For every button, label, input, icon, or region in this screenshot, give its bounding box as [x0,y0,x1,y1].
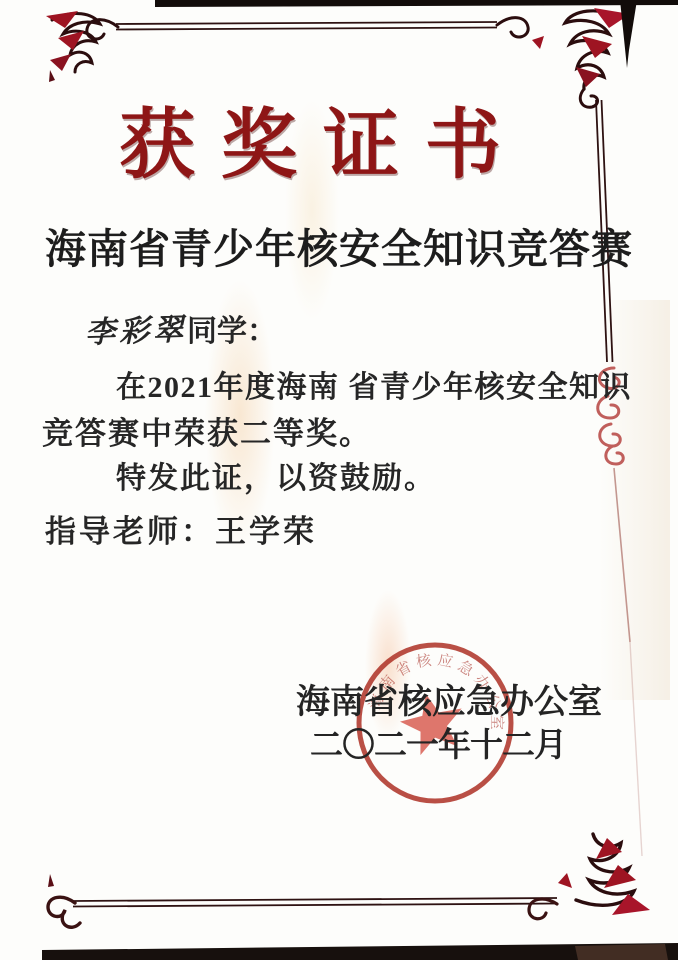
photo-edge-bottom-highlight [575,944,668,960]
photo-edge-artifacts [0,0,678,960]
photo-edge-top [155,0,678,7]
photo-edge-top-right-wedge [620,0,637,68]
